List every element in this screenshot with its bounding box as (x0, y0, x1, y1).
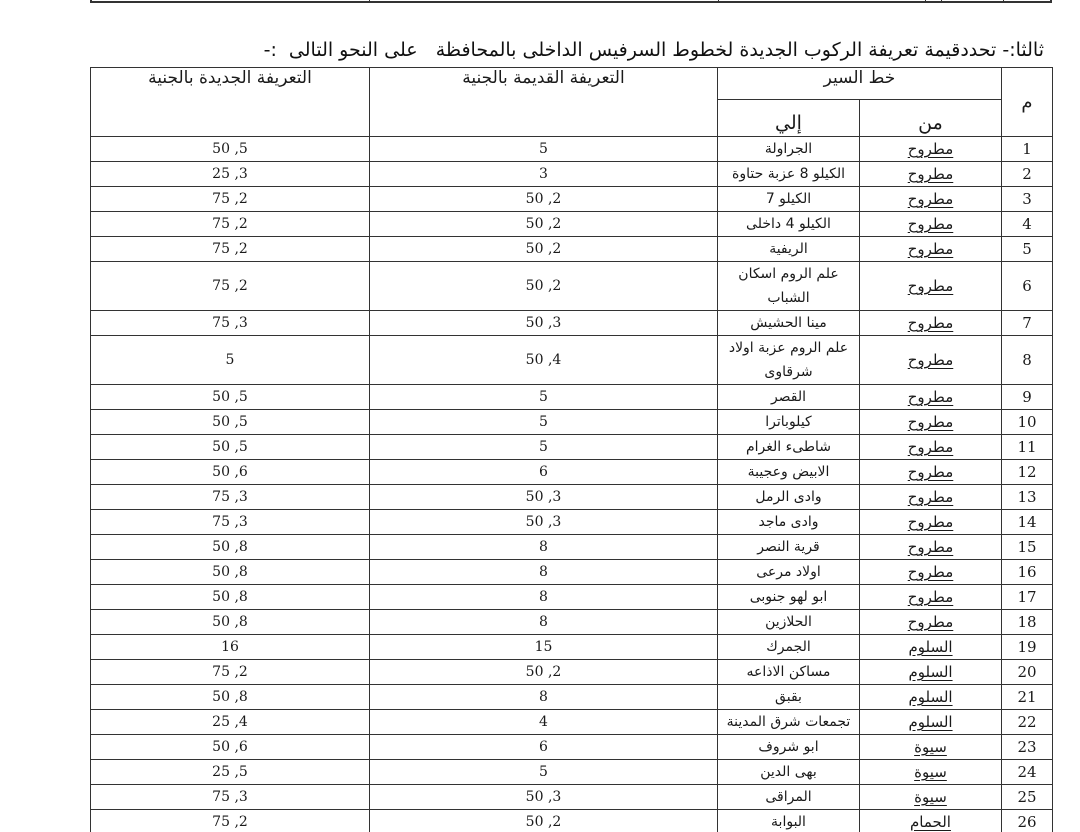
route-to: ابو لهو جنوبى (718, 585, 860, 610)
route-from: السلوم (860, 685, 1002, 710)
row-number: 13 (1002, 485, 1053, 510)
row-number: 25 (1002, 785, 1053, 810)
old-fare: 5 (370, 137, 718, 162)
old-fare: 5 (370, 410, 718, 435)
route-to: الجمرك (718, 635, 860, 660)
new-fare: 3, 75 (91, 785, 370, 810)
row-number: 12 (1002, 460, 1053, 485)
new-fare: 2, 75 (91, 660, 370, 685)
row-number: 6 (1002, 262, 1053, 311)
row-number: 11 (1002, 435, 1053, 460)
table-row: 25سيوةالمراقى3, 503, 75 (91, 785, 1053, 810)
row-number: 5 (1002, 237, 1053, 262)
route-to: علم الروم اسكان الشباب (718, 262, 860, 311)
route-from: سيوة (860, 735, 1002, 760)
table-row: 12مطروحالابيض وعجيبة66, 50 (91, 460, 1053, 485)
new-fare: 2, 75 (91, 212, 370, 237)
route-to: وادى ماجد (718, 510, 860, 535)
route-from: مطروح (860, 137, 1002, 162)
route-from: مطروح (860, 485, 1002, 510)
table-row: 21السلومبقبق88, 50 (91, 685, 1053, 710)
old-fare: 2, 50 (370, 810, 718, 832)
new-fare: 3, 75 (91, 311, 370, 336)
row-number: 7 (1002, 311, 1053, 336)
route-from: مطروح (860, 262, 1002, 311)
route-from: السلوم (860, 660, 1002, 685)
table-row: 16مطروحاولاد مرعى88, 50 (91, 560, 1053, 585)
new-fare: 5, 25 (91, 760, 370, 785)
table-row: 5مطروحالريفية2, 502, 75 (91, 237, 1053, 262)
route-from: مطروح (860, 510, 1002, 535)
route-from: مطروح (860, 311, 1002, 336)
route-to: المراقى (718, 785, 860, 810)
route-to: علم الروم عزبة اولاد شرقاوى (718, 336, 860, 385)
route-to: مساكن الاذاعه (718, 660, 860, 685)
table-row: 14مطروحوادى ماجد3, 503, 75 (91, 510, 1053, 535)
route-to: كيلوباترا (718, 410, 860, 435)
old-fare: 5 (370, 385, 718, 410)
header-new-fare: التعريفة الجديدة بالجنية (91, 68, 370, 137)
route-to: الابيض وعجيبة (718, 460, 860, 485)
table-row: 13مطروحوادى الرمل3, 503, 75 (91, 485, 1053, 510)
route-from: السلوم (860, 635, 1002, 660)
header-to: إلي (718, 100, 860, 137)
old-fare: 8 (370, 685, 718, 710)
route-to: اولاد مرعى (718, 560, 860, 585)
old-fare: 8 (370, 585, 718, 610)
new-fare: 3, 75 (91, 485, 370, 510)
table-row: 23سيوةابو شروف66, 50 (91, 735, 1053, 760)
old-fare: 2, 50 (370, 212, 718, 237)
table-row: 26الحمامالبوابة2, 502, 75 (91, 810, 1053, 832)
table-row: 6مطروحعلم الروم اسكان الشباب2, 502, 75 (91, 262, 1053, 311)
table-row: 3مطروحالكيلو 72, 502, 75 (91, 187, 1053, 212)
table-row: 20السلوممساكن الاذاعه2, 502, 75 (91, 660, 1053, 685)
row-number: 18 (1002, 610, 1053, 635)
row-number: 10 (1002, 410, 1053, 435)
new-fare: 8, 50 (91, 535, 370, 560)
route-to: الكيلو 4 داخلى (718, 212, 860, 237)
old-fare: 15 (370, 635, 718, 660)
row-number: 3 (1002, 187, 1053, 212)
header-route: خط السير (718, 68, 1002, 100)
table-row: 4مطروحالكيلو 4 داخلى2, 502, 75 (91, 212, 1053, 237)
new-fare: 16 (91, 635, 370, 660)
route-from: مطروح (860, 560, 1002, 585)
route-from: مطروح (860, 237, 1002, 262)
old-fare: 2, 50 (370, 237, 718, 262)
route-to: الجراولة (718, 137, 860, 162)
route-from: مطروح (860, 435, 1002, 460)
new-fare: 6, 50 (91, 460, 370, 485)
row-number: 22 (1002, 710, 1053, 735)
route-from: مطروح (860, 385, 1002, 410)
old-fare: 3, 50 (370, 785, 718, 810)
table-row: 1مطروحالجراولة55, 50 (91, 137, 1053, 162)
table-row: 8مطروحعلم الروم عزبة اولاد شرقاوى4, 505 (91, 336, 1053, 385)
route-to: البوابة (718, 810, 860, 832)
new-fare: 5 (91, 336, 370, 385)
new-fare: 5, 50 (91, 435, 370, 460)
old-fare: 8 (370, 535, 718, 560)
old-fare: 4 (370, 710, 718, 735)
route-to: الكيلو 7 (718, 187, 860, 212)
row-number: 2 (1002, 162, 1053, 187)
table-row: 24سيوةبهى الدين55, 25 (91, 760, 1053, 785)
row-number: 24 (1002, 760, 1053, 785)
header-from: من (860, 100, 1002, 137)
row-number: 14 (1002, 510, 1053, 535)
route-from: مطروح (860, 187, 1002, 212)
new-fare: 3, 25 (91, 162, 370, 187)
header-old-fare: التعريفة القديمة بالجنية (370, 68, 718, 137)
route-to: الكيلو 8 عزبة حتاوة (718, 162, 860, 187)
section-heading: ثالثا:- تحددقيمة تعريفة الركوب الجديدة ل… (264, 39, 1044, 61)
table-row: 18مطروحالحلازين88, 50 (91, 610, 1053, 635)
route-from: السلوم (860, 710, 1002, 735)
row-number: 16 (1002, 560, 1053, 585)
route-to: مينا الحشيش (718, 311, 860, 336)
route-from: مطروح (860, 460, 1002, 485)
old-fare: 3, 50 (370, 311, 718, 336)
row-number: 9 (1002, 385, 1053, 410)
route-to: ابو شروف (718, 735, 860, 760)
previous-table-fragment (90, 0, 1052, 3)
old-fare: 6 (370, 735, 718, 760)
new-fare: 3, 75 (91, 510, 370, 535)
route-to: وادى الرمل (718, 485, 860, 510)
route-to: بهى الدين (718, 760, 860, 785)
route-from: مطروح (860, 410, 1002, 435)
old-fare: 5 (370, 435, 718, 460)
new-fare: 2, 75 (91, 187, 370, 212)
table-row: 15مطروحقرية النصر88, 50 (91, 535, 1053, 560)
old-fare: 3 (370, 162, 718, 187)
row-number: 23 (1002, 735, 1053, 760)
new-fare: 4, 25 (91, 710, 370, 735)
route-from: مطروح (860, 162, 1002, 187)
route-to: بقبق (718, 685, 860, 710)
old-fare: 3, 50 (370, 510, 718, 535)
new-fare: 8, 50 (91, 560, 370, 585)
old-fare: 3, 50 (370, 485, 718, 510)
old-fare: 4, 50 (370, 336, 718, 385)
new-fare: 8, 50 (91, 685, 370, 710)
old-fare: 5 (370, 760, 718, 785)
route-from: مطروح (860, 610, 1002, 635)
old-fare: 8 (370, 560, 718, 585)
header-to-label: إلي (775, 112, 802, 136)
new-fare: 5, 50 (91, 410, 370, 435)
table-row: 17مطروحابو لهو جنوبى88, 50 (91, 585, 1053, 610)
route-to: الحلازين (718, 610, 860, 635)
route-to: قرية النصر (718, 535, 860, 560)
old-fare: 2, 50 (370, 262, 718, 311)
row-number: 17 (1002, 585, 1053, 610)
new-fare: 2, 75 (91, 810, 370, 832)
route-from: سيوة (860, 760, 1002, 785)
header-number: م (1002, 68, 1053, 137)
route-from: الحمام (860, 810, 1002, 832)
old-fare: 2, 50 (370, 660, 718, 685)
route-from: مطروح (860, 336, 1002, 385)
table-row: 9مطروحالقصر55, 50 (91, 385, 1053, 410)
route-to: تجمعات شرق المدينة (718, 710, 860, 735)
header-from-label: من (918, 112, 943, 136)
row-number: 15 (1002, 535, 1053, 560)
table-row: 2مطروحالكيلو 8 عزبة حتاوة33, 25 (91, 162, 1053, 187)
route-from: مطروح (860, 535, 1002, 560)
row-number: 21 (1002, 685, 1053, 710)
new-fare: 8, 50 (91, 585, 370, 610)
old-fare: 6 (370, 460, 718, 485)
table-row: 22السلومتجمعات شرق المدينة44, 25 (91, 710, 1053, 735)
new-fare: 5, 50 (91, 137, 370, 162)
route-to: شاطىء الغرام (718, 435, 860, 460)
route-to: القصر (718, 385, 860, 410)
table-row: 10مطروحكيلوباترا55, 50 (91, 410, 1053, 435)
route-to: الريفية (718, 237, 860, 262)
route-from: سيوة (860, 785, 1002, 810)
row-number: 20 (1002, 660, 1053, 685)
new-fare: 2, 75 (91, 237, 370, 262)
new-fare: 6, 50 (91, 735, 370, 760)
old-fare: 8 (370, 610, 718, 635)
new-fare: 8, 50 (91, 610, 370, 635)
old-fare: 2, 50 (370, 187, 718, 212)
fare-table: م خط السير التعريفة القديمة بالجنية التع… (90, 67, 1053, 832)
new-fare: 2, 75 (91, 262, 370, 311)
row-number: 1 (1002, 137, 1053, 162)
table-row: 11مطروحشاطىء الغرام55, 50 (91, 435, 1053, 460)
fare-table-body: 1مطروحالجراولة55, 502مطروحالكيلو 8 عزبة … (91, 137, 1053, 832)
row-number: 4 (1002, 212, 1053, 237)
row-number: 19 (1002, 635, 1053, 660)
route-from: مطروح (860, 585, 1002, 610)
new-fare: 5, 50 (91, 385, 370, 410)
table-row: 7مطروحمينا الحشيش3, 503, 75 (91, 311, 1053, 336)
row-number: 8 (1002, 336, 1053, 385)
table-row: 19السلومالجمرك1516 (91, 635, 1053, 660)
row-number: 26 (1002, 810, 1053, 832)
route-from: مطروح (860, 212, 1002, 237)
